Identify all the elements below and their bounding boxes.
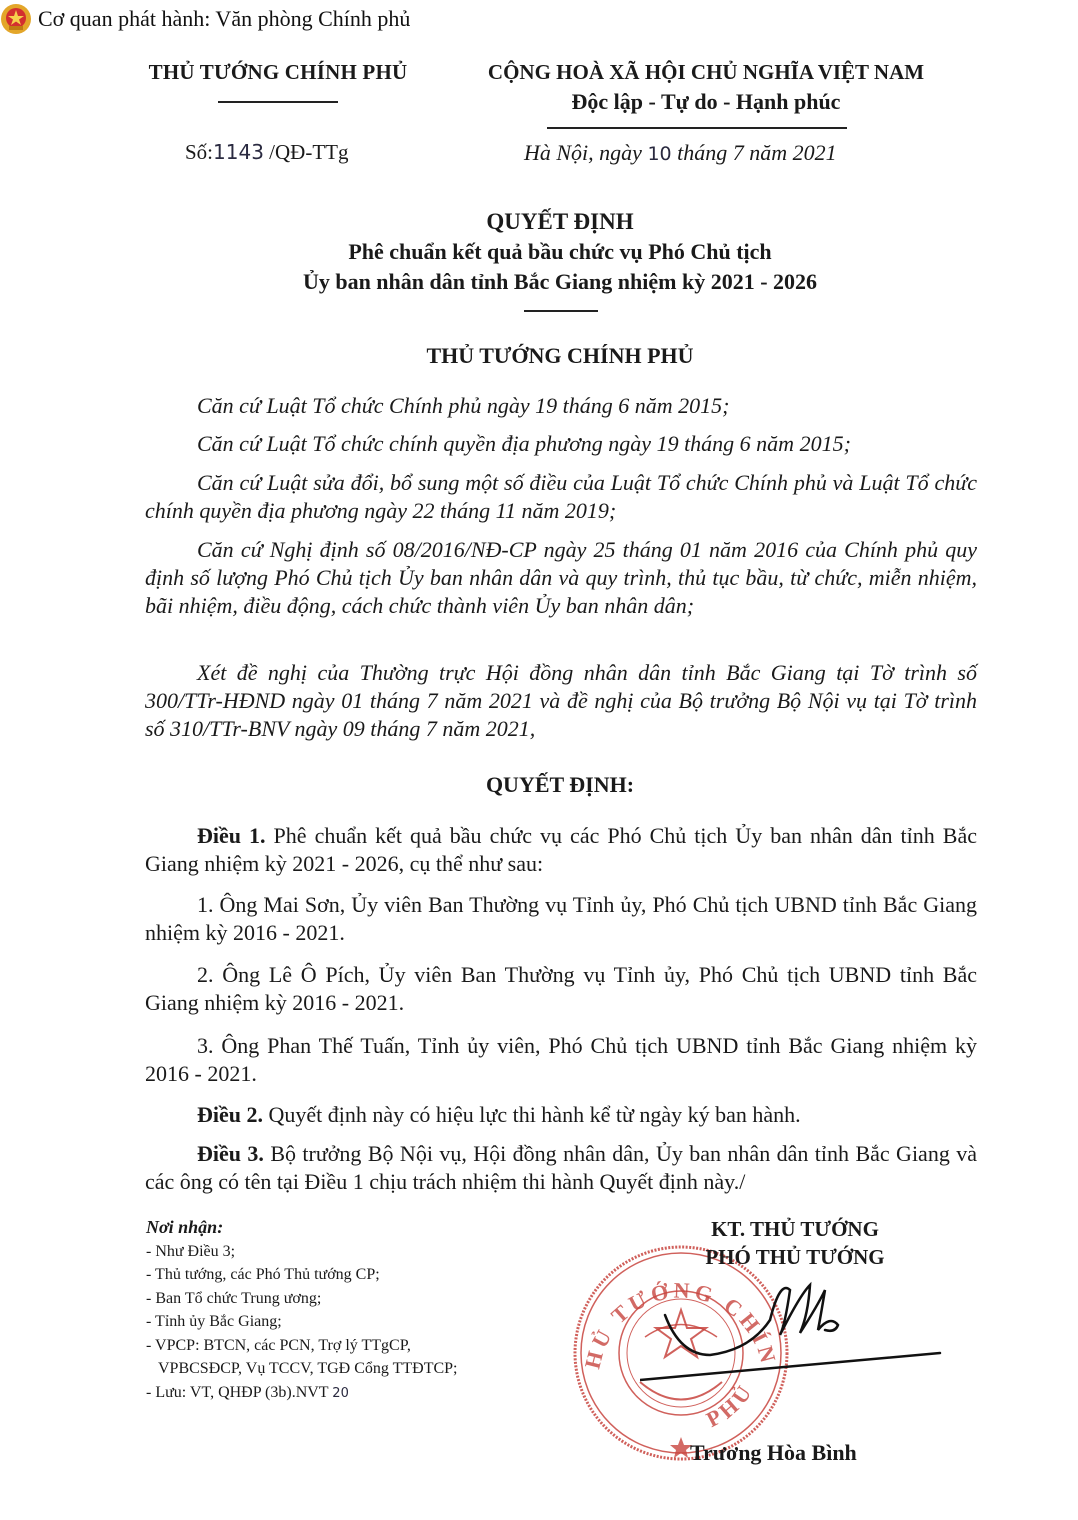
- decision-heading: QUYẾT ĐỊNH:: [200, 772, 920, 798]
- document-type: QUYẾT ĐỊNH: [200, 207, 920, 237]
- article-2: Điều 2. Quyết định này có hiệu lực thi h…: [145, 1101, 977, 1129]
- subject-line-2: Ủy ban nhân dân tỉnh Bắc Giang nhiệm kỳ …: [200, 267, 920, 297]
- body-authority: THỦ TƯỚNG CHÍNH PHỦ: [200, 343, 920, 369]
- article-1-item-2: 2. Ông Lê Ô Pích, Ủy viên Ban Thường vụ …: [145, 961, 977, 1017]
- issuing-authority: THỦ TƯỚNG CHÍNH PHỦ: [133, 60, 423, 85]
- handwritten-copies: 20: [332, 1386, 349, 1401]
- document-title: QUYẾT ĐỊNH Phê chuẩn kết quả bầu chức vụ…: [200, 207, 920, 297]
- handwritten-number: 1143: [213, 140, 264, 164]
- authority-underline: [218, 101, 338, 103]
- motto-underline: [547, 127, 847, 129]
- preamble-5: Xét đề nghị của Thường trực Hội đồng nhâ…: [145, 659, 977, 743]
- signer-position: PHÓ THỦ TƯỚNG: [660, 1243, 930, 1271]
- recipients-label: Nơi nhận:: [146, 1216, 566, 1240]
- recipient-item: VPBCSĐCP, Vụ TCCV, TGĐ Cổng TTĐTCP;: [146, 1357, 566, 1381]
- recipient-item: - Tỉnh ủy Bắc Giang;: [146, 1310, 566, 1334]
- article-1: Điều 1. Phê chuẩn kết quả bầu chức vụ cá…: [145, 822, 977, 878]
- recipient-item: - Ban Tổ chức Trung ương;: [146, 1287, 566, 1311]
- article-3: Điều 3. Bộ trưởng Bộ Nội vụ, Hội đồng nh…: [145, 1140, 977, 1196]
- national-motto: Độc lập - Tự do - Hạnh phúc: [456, 89, 956, 115]
- signer-name: Trương Hòa Bình: [690, 1440, 857, 1466]
- handwritten-day: 10: [647, 143, 671, 165]
- issuer-bar: Cơ quan phát hành: Văn phòng Chính phủ: [0, 2, 410, 36]
- on-behalf-label: KT. THỦ TƯỚNG: [660, 1215, 930, 1243]
- national-header: CỘNG HOÀ XÃ HỘI CHỦ NGHĨA VIỆT NAM Độc l…: [456, 60, 956, 115]
- subject-line-1: Phê chuẩn kết quả bầu chức vụ Phó Chủ tị…: [200, 237, 920, 267]
- recipients-block: Nơi nhận: - Như Điều 3; - Thủ tướng, các…: [146, 1216, 566, 1405]
- article-1-item-3: 3. Ông Phan Thế Tuấn, Tỉnh ủy viên, Phó …: [145, 1032, 977, 1088]
- preamble-2: Căn cứ Luật Tổ chức chính quyền địa phươ…: [145, 430, 977, 458]
- preamble-1: Căn cứ Luật Tổ chức Chính phủ ngày 19 th…: [145, 392, 977, 420]
- recipient-item: - VPCP: BTCN, các PCN, Trợ lý TTgCP,: [146, 1334, 566, 1358]
- preamble-4: Căn cứ Nghị định số 08/2016/NĐ-CP ngày 2…: [145, 536, 977, 620]
- article-1-item-1: 1. Ông Mai Sơn, Ủy viên Ban Thường vụ Tỉ…: [145, 891, 977, 947]
- title-underline: [524, 310, 598, 312]
- document-number: Số:1143 /QĐ-TTg: [185, 140, 349, 165]
- recipient-item: - Như Điều 3;: [146, 1240, 566, 1264]
- country-name: CỘNG HOÀ XÃ HỘI CHỦ NGHĨA VIỆT NAM: [456, 60, 956, 85]
- place-date: Hà Nội, ngày 10 tháng 7 năm 2021: [524, 140, 837, 166]
- issuer-text: Cơ quan phát hành: Văn phòng Chính phủ: [38, 6, 410, 32]
- handwritten-signature-icon: [640, 1275, 960, 1395]
- recipient-item: - Thủ tướng, các Phó Thủ tướng CP;: [146, 1263, 566, 1287]
- signature-title: KT. THỦ TƯỚNG PHÓ THỦ TƯỚNG: [660, 1215, 930, 1271]
- preamble-3: Căn cứ Luật sửa đổi, bổ sung một số điều…: [145, 469, 977, 525]
- recipient-item: - Lưu: VT, QHĐP (3b).NVT 20: [146, 1381, 566, 1406]
- national-emblem-icon: [0, 3, 32, 35]
